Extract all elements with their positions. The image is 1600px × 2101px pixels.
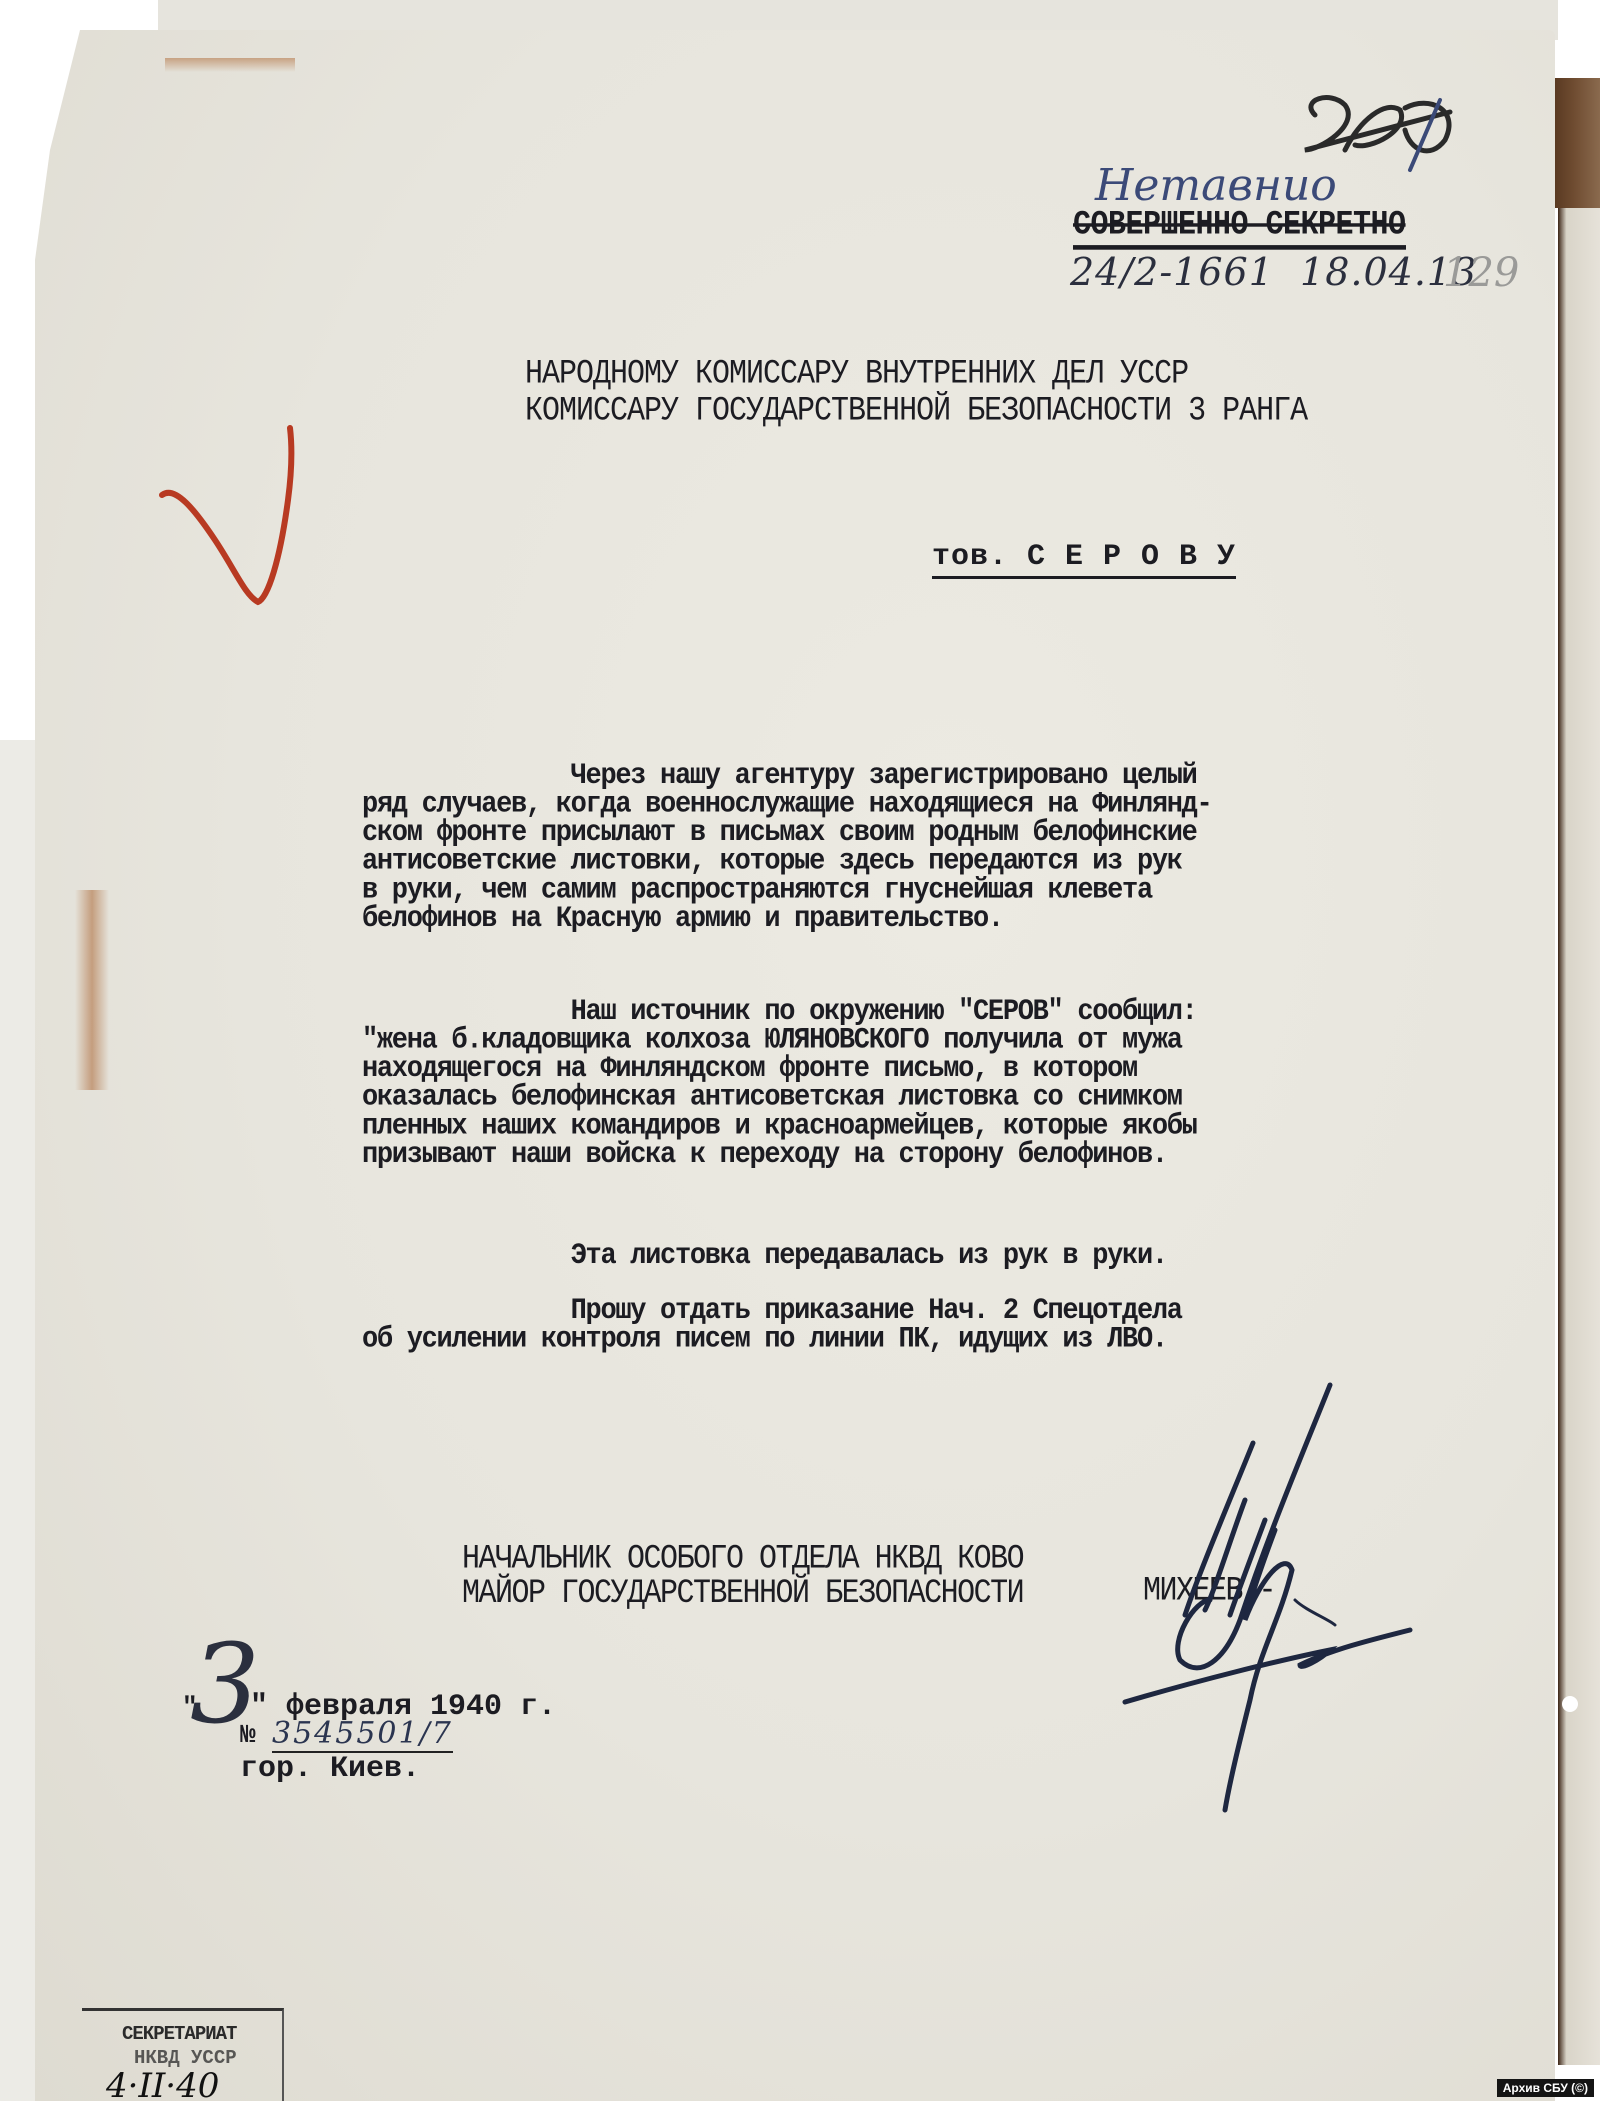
signature-title: НАЧАЛЬНИК ОСОБОГО ОТДЕЛА НКВД КОВО МАЙОР… xyxy=(462,1542,1023,1611)
punch-hole xyxy=(1562,1696,1578,1712)
rust-stain xyxy=(75,890,109,1090)
received-stamp: СЕКРЕТАРИАТ НКВД УССР 4·II·40 xyxy=(82,2008,284,2101)
addressee-line-2: КОМИССАРУ ГОСУДАРСТВЕННОЙ БЕЗОПАСНОСТИ 3… xyxy=(525,392,1307,431)
folder-spine xyxy=(1555,78,1600,208)
signer-position: НАЧАЛЬНИК ОСОБОГО ОТДЕЛА НКВД КОВО xyxy=(462,1540,1023,1579)
archive-reference: 24/2-1661 18.04.13 xyxy=(1070,250,1477,294)
rust-stain xyxy=(165,58,295,72)
handwritten-annotation: Нетавнио xyxy=(1095,160,1337,211)
text-line: Эта листовка передавалась из рук в руки. xyxy=(362,1240,1167,1273)
number-label: № xyxy=(240,1720,256,1750)
classification-stamp: СОВЕРШЕННО СЕКРЕТНО xyxy=(1073,206,1406,250)
body-paragraph-1: Через нашу агентуру зарегистрировано цел… xyxy=(362,762,1211,934)
signer-name: МИХЕЕВ.- xyxy=(1143,1572,1275,1611)
sheet-number: 129 xyxy=(1443,250,1519,296)
signer-rank: МАЙОР ГОСУДАРСТВЕННОЙ БЕЗОПАСНОСТИ xyxy=(462,1574,1023,1613)
stamp-handwritten-date: 4·II·40 xyxy=(106,2066,219,2101)
body-paragraph-3: Эта листовка передавалась из рук в руки. xyxy=(362,1242,1167,1271)
date-open-quote: " xyxy=(182,1692,198,1722)
addressee-line-1: НАРОДНОМУ КОМИССАРУ ВНУТРЕННИХ ДЕЛ УССР xyxy=(525,355,1188,394)
background-paper-right xyxy=(1558,165,1600,2065)
body-paragraph-2: Наш источник по окружению "СЕРОВ" сообщи… xyxy=(362,998,1197,1170)
city: гор. Киев. xyxy=(240,1752,420,1786)
addressee: НАРОДНОМУ КОМИССАРУ ВНУТРЕННИХ ДЕЛ УССР … xyxy=(525,356,1307,430)
body-paragraph-4: Прошу отдать приказание Нач. 2 Спецотдел… xyxy=(362,1297,1182,1354)
stamp-line-1: СЕКРЕТАРИАТ xyxy=(122,2023,236,2045)
text-line: об усилении контроля писем по линии ПК, … xyxy=(362,1323,1167,1356)
text-line: призывают наши войска к переходу на стор… xyxy=(362,1139,1167,1172)
document-number: 3545501/7 xyxy=(272,1716,453,1753)
recipient: тов. С Е Р О В У xyxy=(932,540,1236,579)
text-line: белофинов на Красную армию и правительст… xyxy=(362,903,1003,936)
archive-credit: Архив СБУ (©) xyxy=(1497,2079,1594,2097)
